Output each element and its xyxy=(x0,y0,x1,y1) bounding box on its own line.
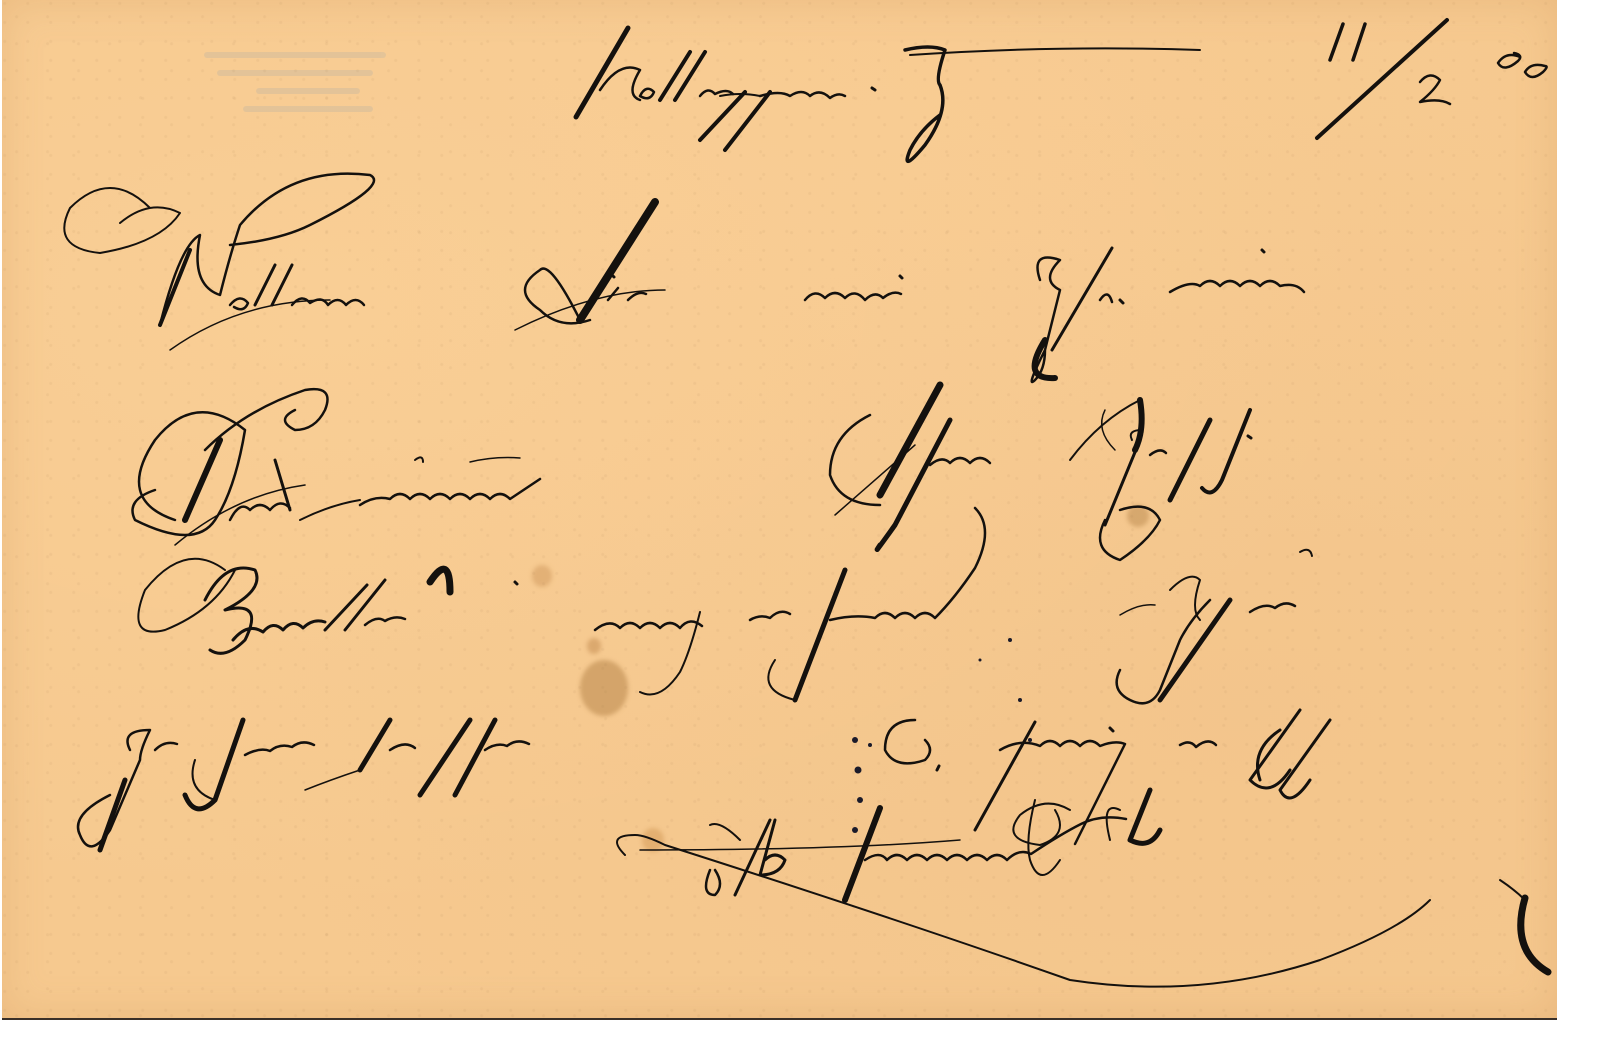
line-2 xyxy=(133,385,1252,560)
header-place xyxy=(576,28,1200,161)
line-3 xyxy=(138,508,1312,703)
signature xyxy=(617,790,1548,987)
handwriting-ink xyxy=(0,0,1600,1040)
line-4 xyxy=(78,710,1330,850)
postmark-dots xyxy=(852,638,1032,833)
line-1 xyxy=(64,174,1304,382)
header-date xyxy=(1317,20,1547,138)
